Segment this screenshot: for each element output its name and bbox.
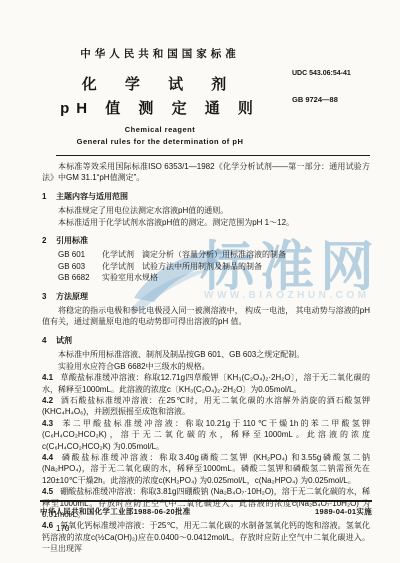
section-2-heading-row: 2引用标准	[42, 235, 370, 246]
clause-4-1: 4.1草酸盐标准缓冲溶液：称取12.71g四草酸钾〔KH₃(C₂O₄)₂·2H₂…	[42, 372, 370, 395]
section-2-number: 2	[42, 235, 56, 246]
clause-number: 4.4	[42, 453, 53, 462]
section-4-heading: 试剂	[56, 336, 72, 345]
clause-number: 4.3	[42, 419, 53, 428]
reference-item: GB 601化学试剂 滴定分析（容量分析）用标准溶液的制备	[58, 249, 370, 260]
section-1-heading: 主题内容与适用范围	[56, 192, 128, 201]
standard-number: GB 9724—88	[292, 95, 338, 104]
reference-code: GB 603	[58, 261, 102, 272]
approval-note: 中华人民共和国化学工业部1988-06-20批准	[40, 506, 191, 517]
section-4-paragraph: 实验用水应符合GB 6682中三级水的规格。	[42, 361, 370, 372]
section-4-number: 4	[42, 335, 56, 346]
clause-number: 4.5	[42, 487, 53, 496]
title-cn-line1: 化 学 试 剂	[42, 73, 278, 94]
clause-number: 4.6	[42, 521, 53, 530]
clause-text: 磷酸盐标准缓冲溶液：称取3.40g磷酸二氢钾 (KH₂PO₄) 和3.55g磷酸…	[42, 453, 370, 485]
national-standard-heading: 中华人民共和国国家标准	[42, 46, 278, 61]
section-2-heading: 引用标准	[56, 236, 88, 245]
clause-number: 4.2	[42, 396, 53, 405]
title-cn-line2: pH 值 测 定 通 则	[42, 97, 278, 118]
document-body: 中华人民共和国国家标准 UDC 543.06:54-41 GB 9724—88 …	[0, 0, 400, 555]
section-3-number: 3	[42, 291, 56, 302]
title-block: 化 学 试 剂 pH 值 测 定 通 则 Chemical reagent Ge…	[42, 73, 278, 146]
section-3-heading-row: 3方法原理	[42, 291, 370, 302]
intro-paragraph: 本标准等效采用国际标准ISO 6353/1—1982《化学分析试剂——第一部分：…	[42, 161, 370, 184]
title-en-line2: General rules for the determination of p…	[42, 137, 278, 146]
title-en-line1: Chemical reagent	[42, 125, 278, 134]
clause-4-2: 4.2酒石酸盐标准缓冲溶液：在25℃时，用无二氧化碳的水溶解外消旋的酒石酸氢钾(…	[42, 395, 370, 418]
reference-title: 实验室用水规格	[102, 273, 158, 282]
clause-text: 草酸盐标准缓冲溶液：称取12.71g四草酸钾〔KH₃(C₂O₄)₂·2H₂O〕，…	[42, 373, 370, 393]
section-3-heading: 方法原理	[56, 292, 88, 301]
scanned-standard-page: 标准网 WWW.BIAOZHUN.COM 中华人民共和国国家标准 UDC 543…	[0, 0, 400, 563]
page-number: 170	[56, 524, 69, 533]
section-3-paragraph: 将稳定的指示电极和参比电极浸入同一被测溶液中， 构成一电池， 其电动势与溶液的p…	[42, 305, 370, 328]
reference-code: GB 6682	[58, 272, 102, 283]
clause-number: 4.1	[42, 373, 53, 382]
implementation-date: 1989-04-01实施	[315, 506, 372, 517]
clause-4-4: 4.4磷酸盐标准缓冲溶液：称取3.40g磷酸二氢钾 (KH₂PO₄) 和3.55…	[42, 452, 370, 486]
reference-item: GB 603化学试剂 试验方法中所用制剂及制品的制备	[58, 261, 370, 272]
section-1-heading-row: 1主题内容与适用范围	[42, 191, 370, 202]
footer: 中华人民共和国化学工业部1988-06-20批准 1989-04-01实施	[40, 500, 372, 517]
reference-item: GB 6682实验室用水规格	[58, 272, 370, 283]
reference-title: 化学试剂 试验方法中所用制剂及制品的制备	[102, 262, 262, 271]
section-1-paragraph: 本标准适用于化学试剂水溶液pH值的测定。测定范围为pH 1～12。	[42, 217, 370, 228]
clause-text: 酒石酸盐标准缓冲溶液：在25℃时，用无二氧化碳的水溶解外消旋的酒石酸氢钾(KHC…	[42, 396, 370, 416]
reference-code: GB 601	[58, 249, 102, 260]
section-1-number: 1	[42, 191, 56, 202]
section-1-paragraph: 本标准规定了用电位法测定水溶液pH值的通则。	[42, 205, 370, 216]
clause-text: 苯二甲酸盐标准缓冲溶液：称取10.21g于110℃干燥1h的苯二甲酸氢钾(C₆H…	[42, 419, 370, 451]
clause-4-6: 4.6氢氧化钙标准缓冲溶液：于25℃，用无二氧化碳的水制备氢氧化钙的饱和溶液。氢…	[42, 520, 370, 554]
clause-4-3: 4.3苯二甲酸盐标准缓冲溶液：称取10.21g于110℃干燥1h的苯二甲酸氢钾(…	[42, 418, 370, 452]
udc-number: UDC 543.06:54-41	[292, 70, 351, 77]
reference-title: 化学试剂 滴定分析（容量分析）用标准溶液的制备	[102, 250, 286, 259]
section-4-paragraph: 本标准中所用标准溶液、制剂及制品按GB 601、GB 603之规定配制。	[42, 349, 370, 360]
clause-text: 氢氧化钙标准缓冲溶液：于25℃，用无二氧化碳的水制备氢氧化钙的饱和溶液。氢氧化钙…	[42, 521, 370, 553]
header-divider	[56, 155, 370, 156]
section-4-heading-row: 4试剂	[42, 335, 370, 346]
